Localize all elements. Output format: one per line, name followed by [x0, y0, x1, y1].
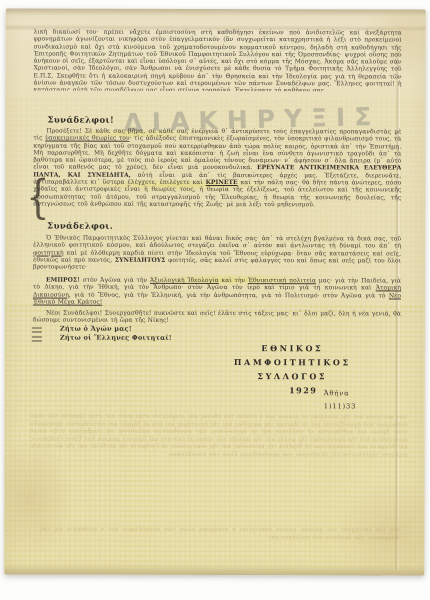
text-run: στὸν Ἀγῶνα γιὰ τὴν	[80, 277, 150, 284]
section2-paragraph: Ὁ Ἐθνικὸς Παμφοιτητικὸς Σύλλογος γίνεται…	[33, 235, 401, 276]
section-heading-comrades-1: Συνάδελφοι!	[47, 116, 114, 126]
section-heading-comrades-2: Συνάδελφοι.	[47, 222, 113, 232]
scan-background: ΔΙΑΚΗΡΥΞΙΣ τῶν φοιτητῶν καὶ τῆς νεολαίας…	[0, 0, 430, 600]
underlined-text-run: Ἀξιολογικὴ Ἰδεολογία	[150, 277, 219, 284]
opening-paragraph: λικὴ δικαίωσί του· πρέπει νἄχετε ἐμπιστο…	[34, 29, 402, 92]
emphasis-caps-run: ΣΥΝΕΙΔΗΤΟΥΣ	[115, 257, 166, 264]
margin-mark	[32, 337, 42, 342]
paper-top-edge-shading	[6, 8, 426, 16]
bleedthrough-text-block: τῶν φοιτητῶν καὶ τῆς νεολαίας τὸ μέλλον …	[29, 414, 407, 487]
paper-bottom-edge-shading	[4, 564, 424, 575]
text-run: Ὁ Ἐθνικὸς Παμφοιτητικὸς Σύλλογος γίνεται…	[33, 235, 401, 250]
text-run: καὶ τὴν	[219, 277, 248, 284]
date-label: 1)11)33	[324, 400, 357, 413]
document-paper: ΔΙΑΚΗΡΥΞΙΣ τῶν φοιτητῶν καὶ τῆς νεολαίας…	[4, 8, 425, 575]
place-label: Ἀθήνα	[324, 387, 357, 400]
underlined-text-run: φοιτητικὴ	[33, 249, 64, 256]
emphasis-caps-run: ΕΜΠΡΟΣ!	[46, 277, 80, 284]
organization-name-line1: ΕΘΝΙΚΟΣ ΠΑΜΦΟΙΤΗΤΙΚΟΣ	[210, 341, 375, 369]
empros-paragraph: ΕΜΠΡΟΣ! στὸν Ἀγῶνα γιὰ τὴν Ἀξιολογικὴ Ἰδ…	[33, 277, 401, 311]
organization-name-line2: ΣΥΛΛΟΓΟΣ	[210, 369, 375, 383]
margin-mark	[32, 328, 42, 333]
underlined-text-run: Ἐθνικιστικὴ πολιτεία	[248, 277, 316, 284]
place-and-date-block: Ἀθήνα 1)11)33	[324, 387, 357, 413]
text-run: , γιὰ τὸ Ἔθνος, γιὰ τὴν Ἑλληνική, γιὰ τὴ…	[69, 291, 389, 299]
slogan-line: Ζήτω ὁ Ἀγών μας!	[60, 325, 132, 333]
slogan-line: Ζήτω οἱ Ἕλληνες Φοιτηταί!	[60, 334, 172, 342]
underlined-text-run: ὑποκειμενικὲς θεωρίες του	[45, 135, 130, 142]
bleedthrough-text-block: διὰ τὴν ἐπιτυχίαν τοῦ σκοποῦ τούτου ἀπαι…	[39, 527, 399, 552]
section1-paragraph: Προσέξετε! Σὲ κάθε σας βῆμα, σὲ κάθε σας…	[33, 128, 401, 224]
